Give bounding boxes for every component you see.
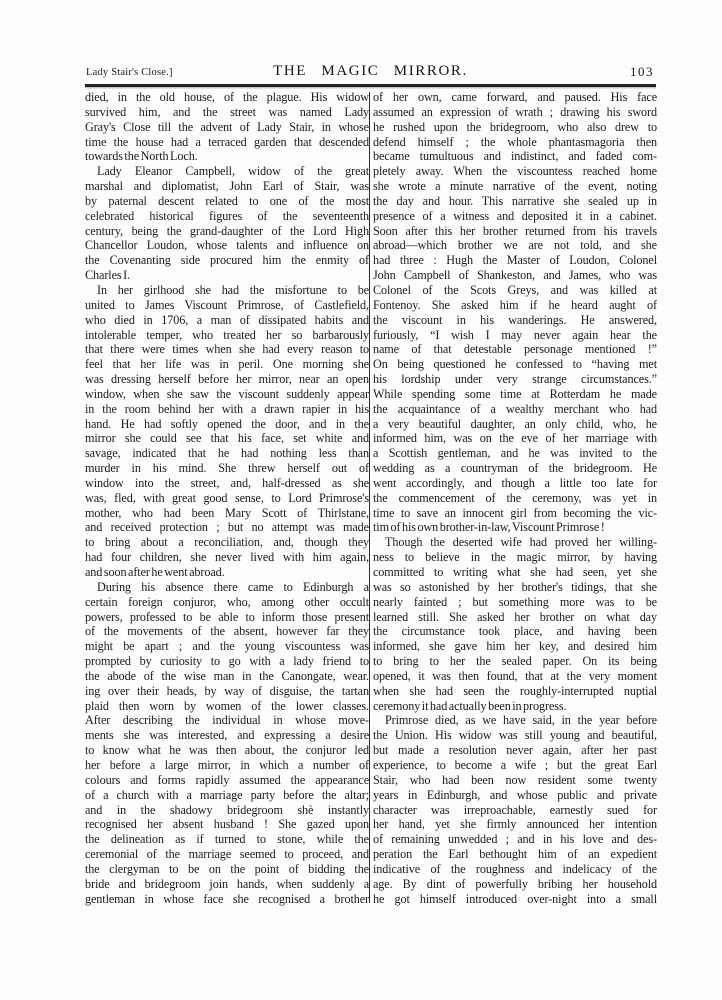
text-line: gentleman in whose face she recognised a…: [85, 892, 369, 907]
text-line: During his absence there came to Edinbur…: [85, 580, 369, 595]
text-line: the day and hour. This narrative she sea…: [373, 194, 657, 209]
text-line: colours and forms rapidly assumed the ap…: [85, 773, 369, 788]
text-line: a Scottish gentleman, and he was invited…: [373, 446, 657, 461]
text-line: that there were times when she had every…: [85, 342, 369, 357]
text-line: feel that her life was in peril. One mor…: [85, 357, 369, 372]
text-line: Stair, who had been now resident some tw…: [373, 773, 657, 788]
text-line: prompted by curiosity to go with a lady …: [85, 654, 369, 669]
text-line: her hand, yet she firmly announced her i…: [373, 817, 657, 832]
text-line: but made a resolution never again, after…: [373, 743, 657, 758]
text-line: bride and bridegroom join hands, when su…: [85, 877, 369, 892]
text-line: Lady Eleanor Campbell, widow of the grea…: [85, 164, 369, 179]
text-line: a very beautiful daughter, an only child…: [373, 417, 657, 432]
text-line: to know what he was then about, the conj…: [85, 743, 369, 758]
text-line: the clergyman to be on the point of bidd…: [85, 862, 369, 877]
text-line: ceremony it had actually been in progres…: [373, 699, 657, 714]
text-line: ments she was interested, and expressing…: [85, 728, 369, 743]
text-line: time to save an innocent girl from becom…: [373, 506, 657, 521]
text-line: savage, indicated that he had nothing le…: [85, 446, 369, 461]
text-line: when she had seen the roughly-interrupte…: [373, 684, 657, 699]
text-line: was dressing herself before her mirror, …: [85, 372, 369, 387]
text-line: by paternal descent related to one of th…: [85, 194, 369, 209]
text-line: he got himself introduced over-night int…: [373, 892, 657, 907]
text-line: time the house had a terraced garden tha…: [85, 135, 369, 150]
text-line: Though the deserted wife had proved her …: [373, 535, 657, 550]
text-line: marshal and diplomatist, John Earl of St…: [85, 179, 369, 194]
text-line: mother, who had been Mary Scott of Thirl…: [85, 506, 369, 521]
text-line: nearly fainted ; but something more was …: [373, 595, 657, 610]
left-column: died, in the old house, of the plague. H…: [85, 90, 369, 906]
text-line: survived him, and the street was named L…: [85, 105, 369, 120]
text-line: and in the shadowy bridegroom shè instan…: [85, 803, 369, 818]
text-line: died, in the old house, of the plague. H…: [85, 90, 369, 105]
text-line: plaid then worn by women of the lower cl…: [85, 699, 369, 714]
text-line: assumed an expression of wrath ; drawing…: [373, 105, 657, 120]
text-line: had three : Hugh the Master of Loudon, C…: [373, 253, 657, 268]
text-line: powers, professed to be able to inform t…: [85, 610, 369, 625]
text-line: In her girlhood she had the misfortune t…: [85, 283, 369, 298]
text-line: tim of his own brother-in-law, Viscount …: [373, 520, 657, 535]
text-line: Gray's Close till the advent of Lady Sta…: [85, 120, 369, 135]
text-line: window into the street, and, half-dresse…: [85, 476, 369, 491]
text-line: became tumultuous and indistinct, and fa…: [373, 149, 657, 164]
header-rule: [85, 84, 656, 87]
text-line: peration the Earl bethought him of an ex…: [373, 847, 657, 862]
text-line: was so astonished by her brother's tidin…: [373, 580, 657, 595]
text-line: John Campbell of Shankeston, and James, …: [373, 268, 657, 283]
text-line: furiously, “I wish I may never again hea…: [373, 328, 657, 343]
text-line: certain foreign conjuror, who, among oth…: [85, 595, 369, 610]
text-line: of her own, came forward, and paused. Hi…: [373, 90, 657, 105]
text-line: the circumstance took place, and having …: [373, 624, 657, 639]
text-line: informed him, was on the eve of her marr…: [373, 431, 657, 446]
text-line: of a church with a marriage party before…: [85, 788, 369, 803]
column-divider: [369, 92, 370, 903]
text-line: he rushed upon the bridegroom, who also …: [373, 120, 657, 135]
text-line: the Covenanting side procured him the en…: [85, 253, 369, 268]
text-line: recognised her absent husband ! She gaze…: [85, 817, 369, 832]
text-line: experience, to become a wife ; but the g…: [373, 758, 657, 773]
text-line: went accordingly, and though a little to…: [373, 476, 657, 491]
text-line: who died in 1706, a man of dissipated ha…: [85, 313, 369, 328]
text-line: While spending some time at Rotterdam he…: [373, 387, 657, 402]
text-line: in the room behind her with a drawn rapi…: [85, 402, 369, 417]
text-line: murder in his mind. She threw herself ou…: [85, 461, 369, 476]
text-line: towards the North Loch.: [85, 149, 369, 164]
text-line: indicative of the roughness and indelica…: [373, 862, 657, 877]
text-line: Charles I.: [85, 268, 369, 283]
text-line: defend himself ; the whole phantasmagori…: [373, 135, 657, 150]
text-line: was, fled, with great good sense, to Lor…: [85, 491, 369, 506]
text-line: abroad—which brother we are not told, an…: [373, 238, 657, 253]
text-line: mirror she could see that his face, set …: [85, 431, 369, 446]
text-line: ing over their heads, by way of disguise…: [85, 684, 369, 699]
text-line: celebrated historical figures of the sev…: [85, 209, 369, 224]
text-line: and received protection ; but no attempt…: [85, 520, 369, 535]
text-line: and soon after he went abroad.: [85, 565, 369, 580]
text-line: century, being the grand-daughter of the…: [85, 224, 369, 239]
text-line: had four children, she never lived with …: [85, 550, 369, 565]
text-line: the delineation as if turned to stone, w…: [85, 832, 369, 847]
running-head: Lady Stair's Close.] THE MAGIC MIRROR. 1…: [85, 63, 656, 80]
page-title: THE MAGIC MIRROR.: [85, 63, 656, 80]
text-line: the acquaintance of a wealthy merchant w…: [373, 402, 657, 417]
text-line: informed, she gave him her key, and desi…: [373, 639, 657, 654]
text-line: the commencement of the ceremony, was ye…: [373, 491, 657, 506]
text-line: to bring about a reconciliation, and, th…: [85, 535, 369, 550]
text-line: to bring to her the sealed paper. On its…: [373, 654, 657, 669]
text-line: intolerable temper, who treated her so b…: [85, 328, 369, 343]
text-line: presence of a witness and deposited it i…: [373, 209, 657, 224]
text-line: pletely away. When the viscountess reach…: [373, 164, 657, 179]
text-line: On being questioned he confessed to “hav…: [373, 357, 657, 372]
text-line: years in Edinburgh, and whose public and…: [373, 788, 657, 803]
text-line: the viscount in his wanderings. He answe…: [373, 313, 657, 328]
text-line: of the movements of the absent, however …: [85, 624, 369, 639]
text-line: her before a large mirror, in which a nu…: [85, 758, 369, 773]
text-line: learned still. She asked her brother on …: [373, 610, 657, 625]
right-column: of her own, came forward, and paused. Hi…: [373, 90, 657, 906]
text-line: Primrose died, as we have said, in the y…: [373, 713, 657, 728]
text-line: committed to writing what she had seen, …: [373, 565, 657, 580]
text-line: wedding as a countryman of the bridegroo…: [373, 461, 657, 476]
text-line: of remaining unwedded ; and in his love …: [373, 832, 657, 847]
text-line: opened, it was then found, that at the v…: [373, 669, 657, 684]
text-line: Chancellor Loudon, whose talents and inf…: [85, 238, 369, 253]
text-line: age. By dint of powerfully bribing her h…: [373, 877, 657, 892]
text-line: his lordship under very strange circumst…: [373, 372, 657, 387]
text-line: character was irreproachable, earnestly …: [373, 803, 657, 818]
text-line: she wrote a minute narrative of the even…: [373, 179, 657, 194]
text-line: ceremonial of the marriage seemed to pro…: [85, 847, 369, 862]
text-line: the Union. His widow was still young and…: [373, 728, 657, 743]
text-line: united to James Viscount Primrose, of Ca…: [85, 298, 369, 313]
text-line: ness to believe in the magic mirror, by …: [373, 550, 657, 565]
text-line: the abode of the wise man in the Canonga…: [85, 669, 369, 684]
text-line: Colonel of the Scots Greys, and was kill…: [373, 283, 657, 298]
text-line: hand. He had softly opened the door, and…: [85, 417, 369, 432]
text-line: Fontenoy. She asked him if he heard augh…: [373, 298, 657, 313]
page-number: 103: [630, 64, 654, 80]
text-line: might be apart ; and the young viscounte…: [85, 639, 369, 654]
text-line: window, when she saw the viscount sudden…: [85, 387, 369, 402]
text-line: Soon after this her brother returned fro…: [373, 224, 657, 239]
text-line: After describing the individual in whose…: [85, 713, 369, 728]
text-line: name of that detestable personage mentio…: [373, 342, 657, 357]
document-page: Lady Stair's Close.] THE MAGIC MIRROR. 1…: [0, 0, 722, 1000]
